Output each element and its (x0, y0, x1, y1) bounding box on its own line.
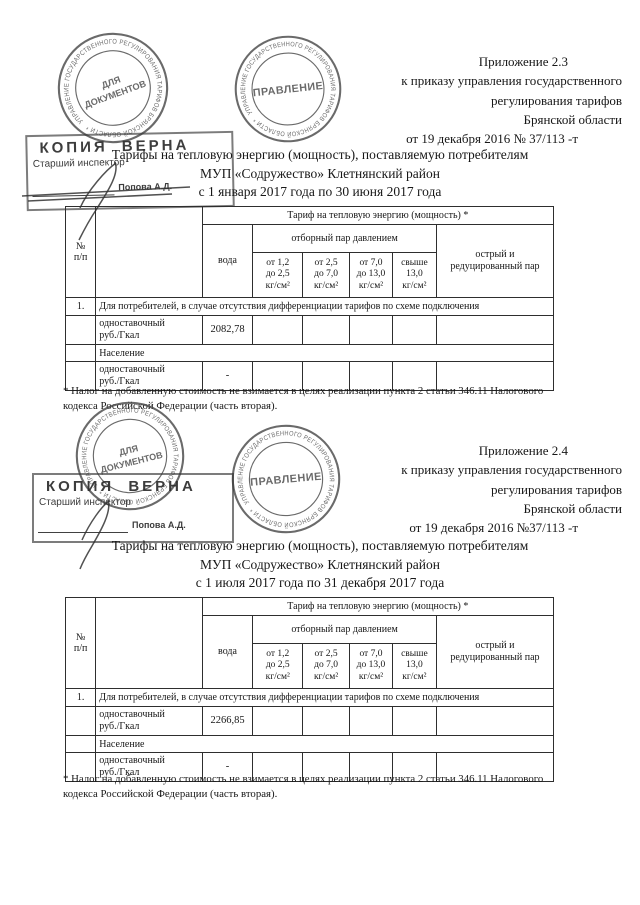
category-cell: Для потребителей, в случае отсутствия ди… (96, 689, 554, 707)
empty-cell (66, 707, 96, 736)
category-cell: Для потребителей, в случае отсутствия ди… (96, 298, 554, 316)
empty-cell (436, 707, 553, 736)
header-pressure-2: от 2,5 до 7,0 кг/см² (303, 253, 350, 298)
header-sharp-steam: острый и редуцированный пар (436, 616, 553, 689)
tariff-table-1: № п/п Тариф на тепловую энергию (мощност… (65, 206, 554, 391)
header-pressure-4: свыше 13,0 кг/см² (392, 644, 436, 689)
header-steam-group: отборный пар давлением (253, 616, 436, 644)
tariff-table-2: № п/п Тариф на тепловую энергию (мощност… (65, 597, 554, 782)
appendix-line: к приказу управления государственного (300, 460, 622, 479)
empty-cell (66, 345, 96, 362)
scanned-document-page: УПРАВЛЕНИЕ ГОСУДАРСТВЕННОГО РЕГУЛИРОВАНИ… (0, 0, 640, 905)
empty-cell (349, 707, 392, 736)
document-title-1: Тарифы на тепловую энергию (мощность), п… (30, 146, 610, 202)
header-pressure-2: от 2,5 до 7,0 кг/см² (303, 644, 350, 689)
appendix-reference-2: Приложение 2.4 к приказу управления госу… (300, 441, 622, 537)
title-line: Тарифы на тепловую энергию (мощность), п… (30, 537, 610, 556)
header-pressure-1: от 1,2 до 2,5 кг/см² (253, 253, 303, 298)
header-steam-group: отборный пар давлением (253, 225, 436, 253)
appendix-reference-1: Приложение 2.3 к приказу управления госу… (300, 52, 622, 148)
appendix-line: регулирования тарифов (300, 480, 622, 499)
appendix-line: Брянской области (300, 499, 622, 518)
header-num-cell: № п/п (66, 598, 96, 689)
header-pressure-4: свыше 13,0 кг/см² (392, 253, 436, 298)
document-title-2: Тарифы на тепловую энергию (мощность), п… (30, 537, 610, 593)
header-tariff-group: Тариф на тепловую энергию (мощность) * (202, 598, 553, 616)
empty-cell (392, 707, 436, 736)
header-sharp-steam: острый и редуцированный пар (436, 225, 553, 298)
empty-cell (303, 316, 350, 345)
empty-cell (436, 316, 553, 345)
title-line: с 1 января 2017 года по 30 июня 2017 год… (30, 183, 610, 202)
header-pressure-3: от 7,0 до 13,0 кг/см² (349, 253, 392, 298)
tariff-value-cell: 2266,85 (202, 707, 253, 736)
row-number-cell: 1. (66, 298, 96, 316)
header-tariff-group: Тариф на тепловую энергию (мощность) * (202, 207, 553, 225)
header-pressure-3: от 7,0 до 13,0 кг/см² (349, 644, 392, 689)
empty-cell (253, 316, 303, 345)
appendix-line: Брянской области (300, 110, 622, 129)
header-pressure-1: от 1,2 до 2,5 кг/см² (253, 644, 303, 689)
appendix-number: Приложение 2.3 (300, 52, 622, 71)
empty-cell (303, 707, 350, 736)
empty-cell (66, 316, 96, 345)
tariff-label-cell: одноставочный руб./Гкал (96, 316, 202, 345)
empty-cell (392, 316, 436, 345)
header-empty-cell (96, 598, 202, 689)
empty-cell (349, 316, 392, 345)
tariff-value-cell: 2082,78 (202, 316, 253, 345)
appendix-line: к приказу управления государственного (300, 71, 622, 90)
title-line: с 1 июля 2017 года по 31 декабря 2017 го… (30, 574, 610, 593)
header-num-cell: № п/п (66, 207, 96, 298)
appendix-number: Приложение 2.4 (300, 441, 622, 460)
header-empty-cell (96, 207, 202, 298)
empty-cell (253, 707, 303, 736)
row-number-cell: 1. (66, 689, 96, 707)
header-water: вода (202, 225, 253, 298)
population-cell: Население (96, 345, 554, 362)
appendix-date: от 19 декабря 2016 №37/113 -т (300, 518, 622, 537)
vat-footnote-2: * Налог на добавленную стоимость не взим… (63, 772, 568, 802)
title-line: Тарифы на тепловую энергию (мощность), п… (30, 146, 610, 165)
header-water: вода (202, 616, 253, 689)
population-cell: Население (96, 736, 554, 753)
appendix-line: регулирования тарифов (300, 91, 622, 110)
title-line: МУП «Содружество» Клетнянский район (30, 165, 610, 184)
tariff-label-cell: одноставочный руб./Гкал (96, 707, 202, 736)
title-line: МУП «Содружество» Клетнянский район (30, 556, 610, 575)
empty-cell (66, 736, 96, 753)
